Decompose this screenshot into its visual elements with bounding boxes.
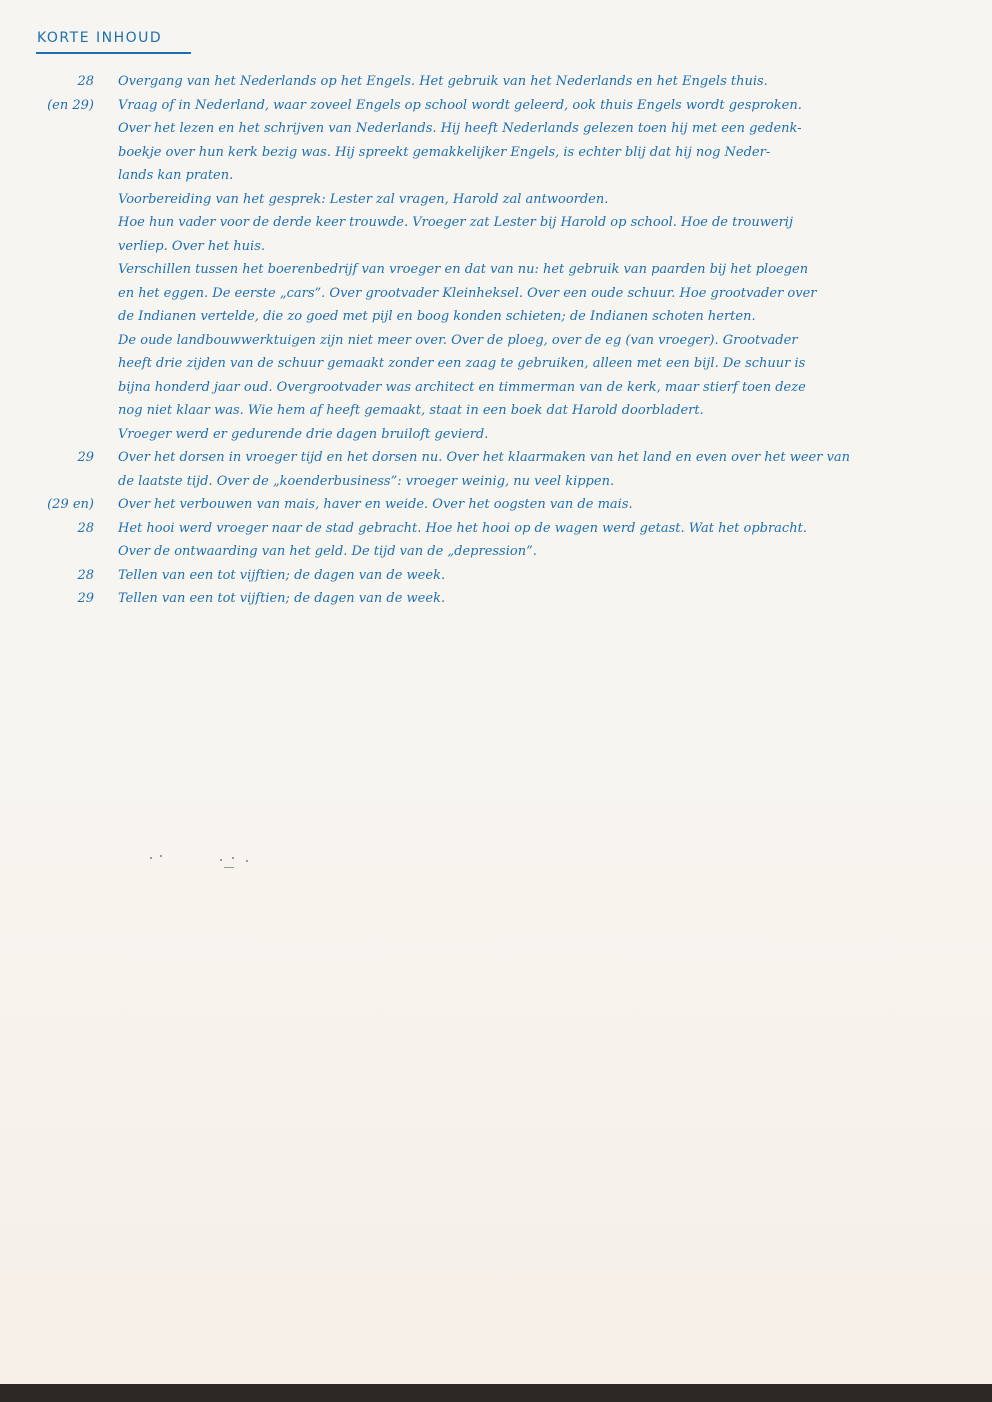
heading-underline — [36, 52, 191, 54]
entry-text: Overgang van het Nederlands op het Engel… — [118, 70, 978, 446]
entry-label: 29 — [30, 587, 94, 611]
text-line: boekje over hun kerk bezig was. Hij spre… — [118, 141, 978, 165]
entry-tape-29-counting: 29 Tellen van een tot vijftien; de dagen… — [0, 587, 992, 611]
tape-number: 28 — [30, 564, 94, 588]
handwritten-page: KORTE INHOUD 28 (en 29) Overgang van het… — [0, 0, 992, 1384]
entry-text: Tellen van een tot vijftien; de dagen va… — [118, 587, 978, 611]
text-line: Het hooi werd vroeger naar de stad gebra… — [118, 517, 978, 541]
entry-label: 28 — [30, 564, 94, 588]
text-line: nog niet klaar was. Wie hem af heeft gem… — [118, 399, 978, 423]
entry-text: Over het verbouwen van mais, haver en we… — [118, 493, 978, 564]
text-line: bijna honderd jaar oud. Overgrootvader w… — [118, 376, 978, 400]
text-line: verliep. Over het huis. — [118, 235, 978, 259]
text-line: de Indianen vertelde, die zo goed met pi… — [118, 305, 978, 329]
text-line: Verschillen tussen het boerenbedrijf van… — [118, 258, 978, 282]
entry-label: 29 — [30, 446, 94, 470]
tape-number: 29 — [30, 446, 94, 470]
text-line: Vroeger werd er gedurende drie dagen bru… — [118, 423, 978, 447]
summary-entries: 28 (en 29) Overgang van het Nederlands o… — [0, 70, 992, 611]
entry-tape-28-counting: 28 Tellen van een tot vijftien; de dagen… — [0, 564, 992, 588]
tape-number-note: (29 en) — [30, 493, 94, 517]
scanner-edge — [0, 1384, 992, 1402]
entry-tape-29-28: (29 en) 28 Over het verbouwen van mais, … — [0, 493, 992, 564]
tape-number: 28 — [30, 517, 94, 541]
text-line: Vraag of in Nederland, waar zoveel Engel… — [118, 94, 978, 118]
tape-number-note: (en 29) — [30, 94, 94, 118]
text-line: Over de ontwaarding van het geld. De tij… — [118, 540, 978, 564]
text-line: Voorbereiding van het gesprek: Lester za… — [118, 188, 978, 212]
text-line: Over het dorsen in vroeger tijd en het d… — [118, 446, 978, 470]
entry-label: 28 (en 29) — [30, 70, 94, 117]
entry-text: Over het dorsen in vroeger tijd en het d… — [118, 446, 978, 493]
text-line: Hoe hun vader voor de derde keer trouwde… — [118, 211, 978, 235]
entry-tape-29: 29 Over het dorsen in vroeger tijd en he… — [0, 446, 992, 493]
text-line: Over het verbouwen van mais, haver en we… — [118, 493, 978, 517]
text-line: Tellen van een tot vijftien; de dagen va… — [118, 564, 978, 588]
text-line: Overgang van het Nederlands op het Engel… — [118, 70, 978, 94]
text-line: en het eggen. De eerste „cars”. Over gro… — [118, 282, 978, 306]
text-line: heeft drie zijden van de schuur gemaakt … — [118, 352, 978, 376]
text-line: lands kan praten. — [118, 164, 978, 188]
entry-text: Tellen van een tot vijftien; de dagen va… — [118, 564, 978, 588]
tape-number: 28 — [30, 70, 94, 94]
entry-tape-28-29: 28 (en 29) Overgang van het Nederlands o… — [0, 70, 992, 446]
text-line: Tellen van een tot vijftien; de dagen va… — [118, 587, 978, 611]
text-line: de laatste tijd. Over de „koenderbusines… — [118, 470, 978, 494]
page-heading: KORTE INHOUD — [37, 30, 162, 46]
entry-label: (29 en) 28 — [30, 493, 94, 540]
text-line: Over het lezen en het schrijven van Nede… — [118, 117, 978, 141]
tape-number: 29 — [30, 587, 94, 611]
paper-specks — [148, 855, 268, 875]
text-line: De oude landbouwwerktuigen zijn niet mee… — [118, 329, 978, 353]
